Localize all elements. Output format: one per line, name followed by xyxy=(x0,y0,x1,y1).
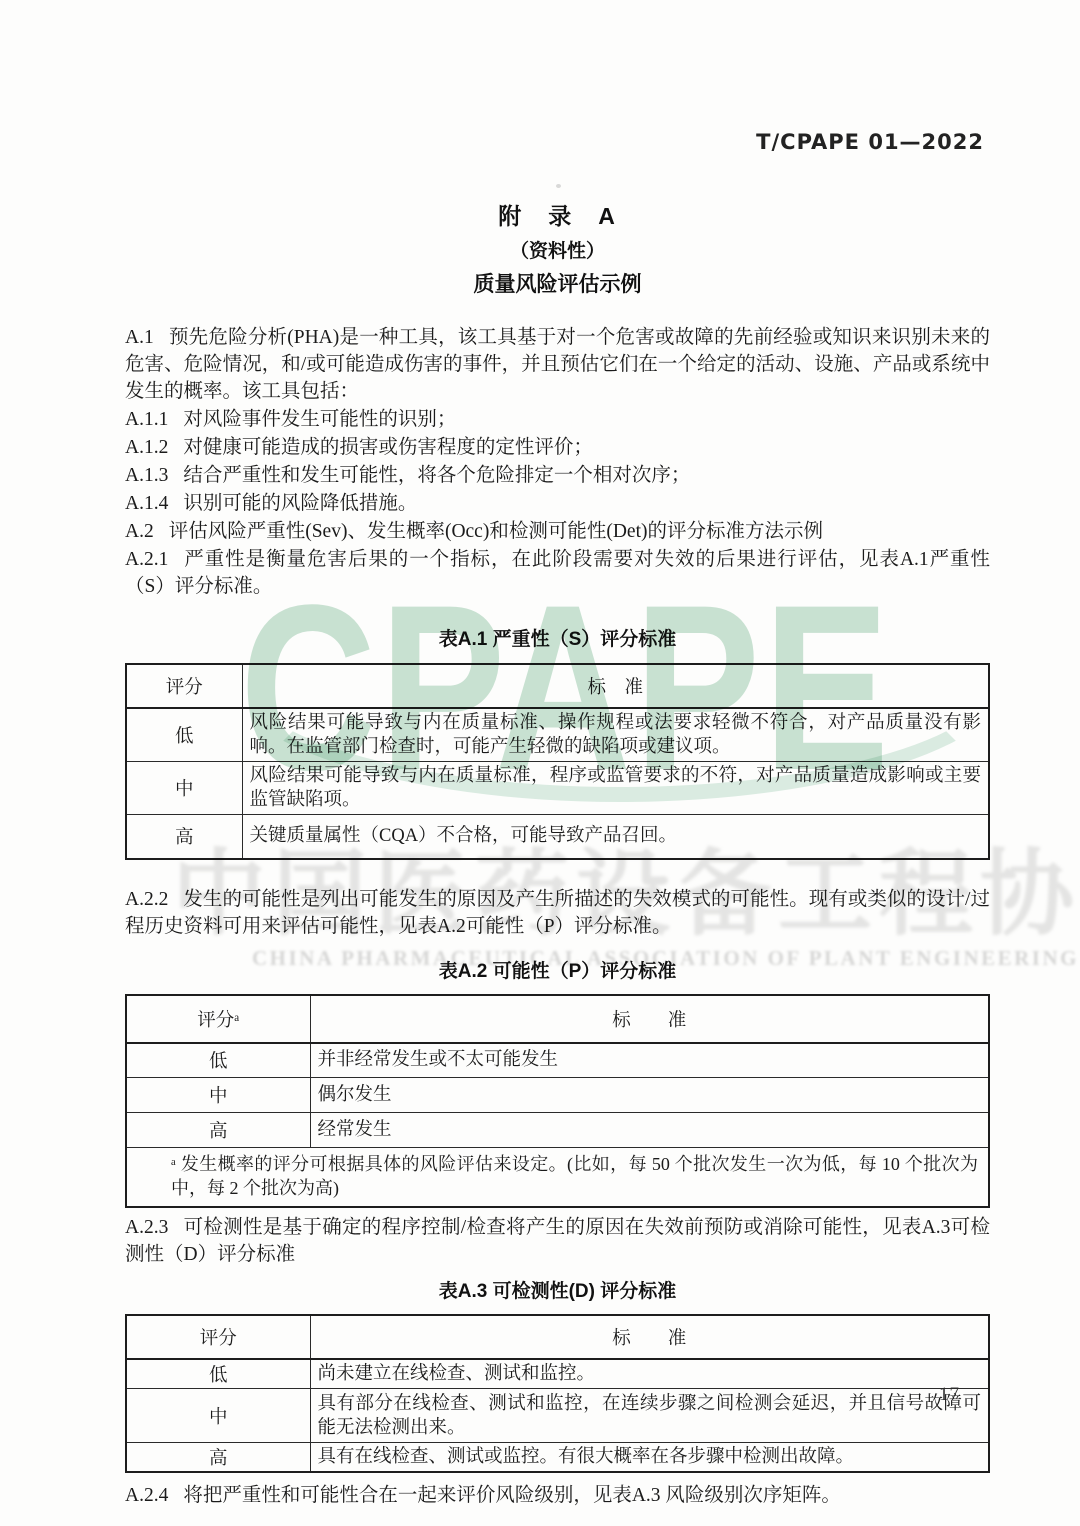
table-a1-header-criteria: 标 准 xyxy=(242,664,989,708)
table-a1-caption: 表A.1 严重性（S）评分标准 xyxy=(125,624,990,651)
table-a3-score-mid: 中 xyxy=(126,1389,310,1443)
clause-label-a13: A.1.3 xyxy=(125,465,168,486)
table-a3-criteria-high: 具有在线检查、测试或监控。有很大概率在各步骤中检测出故障。 xyxy=(310,1443,989,1473)
table-a1-header-score: 评分 xyxy=(126,664,242,708)
paragraph-a12: A.1.2对健康可能造成的损害或伤害程度的定性评价； xyxy=(125,434,990,461)
table-a3-score-high: 高 xyxy=(126,1443,310,1473)
table-a3-criteria-low: 尚未建立在线检查、测试和监控。 xyxy=(310,1359,989,1389)
clause-label-a11: A.1.1 xyxy=(125,409,168,430)
appendix-title-block: 附 录 A （资料性） 质量风险评估示例 xyxy=(125,198,990,298)
paragraph-a1: A.1预先危险分析(PHA)是一种工具，该工具基于对一个危害或故障的先前经验或知… xyxy=(125,324,990,405)
table-a2-footnote-row: ᵃ 发生概率的评分可根据具体的风险评估来设定。(比如，每 50 个批次发生一次为… xyxy=(126,1148,989,1208)
table-a1-score-low: 低 xyxy=(126,708,242,762)
table-a1: 评分 标 准 低 风险结果可能导致与内在质量标准、操作规程或法要求轻微不符合，对… xyxy=(125,663,990,860)
table-a3: 评分 标 准 低 尚未建立在线检查、测试和监控。 中 具有部分在线检查、测试和监… xyxy=(125,1314,990,1473)
table-a2-header-score: 评分ᵃ xyxy=(126,995,310,1043)
table-row: 中 偶尔发生 xyxy=(126,1078,989,1113)
paragraph-a14: A.1.4识别可能的风险降低措施。 xyxy=(125,490,990,517)
table-a2-score-high: 高 xyxy=(126,1113,310,1148)
table-a3-caption: 表A.3 可检测性(D) 评分标准 xyxy=(125,1276,990,1303)
clause-label-a21: A.2.1 xyxy=(125,549,168,570)
table-a1-criteria-high: 关键质量属性（CQA）不合格，可能导致产品召回。 xyxy=(242,815,989,859)
table-a3-score-low: 低 xyxy=(126,1359,310,1389)
clause-label-a14: A.1.4 xyxy=(125,493,168,514)
table-a3-criteria-mid: 具有部分在线检查、测试和监控，在连续步骤之间检测会延迟，并且信号故障可能无法检测… xyxy=(310,1389,989,1443)
table-a2-header-row: 评分ᵃ 标 准 xyxy=(126,995,989,1043)
table-a3-header-row: 评分 标 准 xyxy=(126,1315,989,1359)
clause-text-a12: 对健康可能造成的损害或伤害程度的定性评价； xyxy=(183,437,593,458)
clause-text-a22: 发生的可能性是列出可能发生的原因及产生所描述的失效模式的可能性。现有或类似的设计… xyxy=(125,889,990,937)
table-a2-score-mid: 中 xyxy=(126,1078,310,1113)
clause-label-a12: A.1.2 xyxy=(125,437,168,458)
page-content: 附 录 A （资料性） 质量风险评估示例 A.1预先危险分析(PHA)是一种工具… xyxy=(125,0,990,1509)
clause-label-a24: A.2.4 xyxy=(125,1485,168,1506)
table-a2-criteria-high: 经常发生 xyxy=(310,1113,989,1148)
appendix-heading: 附 录 A xyxy=(125,198,990,231)
document-page: T/CPAPE 01—2022 附 录 A （资料性） 质量风险评估示例 A.1… xyxy=(0,0,1080,1526)
clause-label-a23: A.2.3 xyxy=(125,1217,168,1238)
table-a1-score-mid: 中 xyxy=(126,762,242,815)
clause-text-a11: 对风险事件发生可能性的识别； xyxy=(183,409,456,430)
appendix-subject: 质量风险评估示例 xyxy=(125,268,990,298)
table-a1-score-high: 高 xyxy=(126,815,242,859)
clause-text-a13: 结合严重性和发生可能性，将各个危险排定一个相对次序； xyxy=(183,465,690,486)
clause-text-a2: 评估风险严重性(Sev)、发生概率(Occ)和检测可能性(Det)的评分标准方法… xyxy=(169,521,823,542)
paragraph-a11: A.1.1对风险事件发生可能性的识别； xyxy=(125,406,990,433)
clause-label-a2: A.2 xyxy=(125,521,154,542)
table-a2-caption: 表A.2 可能性（P）评分标准 xyxy=(125,956,990,983)
clause-text-a24: 将把严重性和可能性合在一起来评价风险级别，见表A.3 风险级别次序矩阵。 xyxy=(183,1485,841,1506)
clause-text-a21: 严重性是衡量危害后果的一个指标，在此阶段需要对失效的后果进行评估，见表A.1严重… xyxy=(125,549,990,597)
paragraph-a24: A.2.4将把严重性和可能性合在一起来评价风险级别，见表A.3 风险级别次序矩阵… xyxy=(125,1482,990,1509)
table-a2-criteria-low: 并非经常发生或不太可能发生 xyxy=(310,1043,989,1078)
table-a2-header-criteria: 标 准 xyxy=(310,995,989,1043)
paragraph-a2: A.2评估风险严重性(Sev)、发生概率(Occ)和检测可能性(Det)的评分标… xyxy=(125,518,990,545)
table-a1-header-row: 评分 标 准 xyxy=(126,664,989,708)
appendix-type: （资料性） xyxy=(125,236,990,263)
table-a3-header-score: 评分 xyxy=(126,1315,310,1359)
clause-label-a1: A.1 xyxy=(125,327,154,348)
table-a1-criteria-low: 风险结果可能导致与内在质量标准、操作规程或法要求轻微不符合，对产品质量没有影响。… xyxy=(242,708,989,762)
paragraph-a22: A.2.2发生的可能性是列出可能发生的原因及产生所描述的失效模式的可能性。现有或… xyxy=(125,886,990,940)
table-a2-criteria-mid: 偶尔发生 xyxy=(310,1078,989,1113)
paragraph-a13: A.1.3结合严重性和发生可能性，将各个危险排定一个相对次序； xyxy=(125,462,990,489)
table-a1-criteria-mid: 风险结果可能导致与内在质量标准，程序或监管要求的不符，对产品质量造成影响或主要监… xyxy=(242,762,989,815)
clause-text-a14: 识别可能的风险降低措施。 xyxy=(183,493,417,514)
table-row: 中 具有部分在线检查、测试和监控，在连续步骤之间检测会延迟，并且信号故障可能无法… xyxy=(126,1389,989,1443)
table-row: 低 尚未建立在线检查、测试和监控。 xyxy=(126,1359,989,1389)
table-a2: 评分ᵃ 标 准 低 并非经常发生或不太可能发生 中 偶尔发生 高 经常发生 ᵃ … xyxy=(125,994,990,1209)
clause-label-a22: A.2.2 xyxy=(125,889,168,910)
table-row: 中 风险结果可能导致与内在质量标准，程序或监管要求的不符，对产品质量造成影响或主… xyxy=(126,762,989,815)
paragraph-a23: A.2.3可检测性是基于确定的程序控制/检查将产生的原因在失效前预防或消除可能性… xyxy=(125,1214,990,1268)
clause-text-a23: 可检测性是基于确定的程序控制/检查将产生的原因在失效前预防或消除可能性，见表A.… xyxy=(125,1217,990,1265)
paragraph-a21: A.2.1严重性是衡量危害后果的一个指标，在此阶段需要对失效的后果进行评估，见表… xyxy=(125,546,990,600)
table-a2-footnote: ᵃ 发生概率的评分可根据具体的风险评估来设定。(比如，每 50 个批次发生一次为… xyxy=(126,1148,989,1208)
clause-text-a1: 预先危险分析(PHA)是一种工具，该工具基于对一个危害或故障的先前经验或知识来识… xyxy=(125,327,990,402)
table-a3-header-criteria: 标 准 xyxy=(310,1315,989,1359)
table-row: 高 关键质量属性（CQA）不合格，可能导致产品召回。 xyxy=(126,815,989,859)
table-a2-score-low: 低 xyxy=(126,1043,310,1078)
table-row: 低 风险结果可能导致与内在质量标准、操作规程或法要求轻微不符合，对产品质量没有影… xyxy=(126,708,989,762)
table-row: 低 并非经常发生或不太可能发生 xyxy=(126,1043,989,1078)
table-row: 高 经常发生 xyxy=(126,1113,989,1148)
table-row: 高 具有在线检查、测试或监控。有很大概率在各步骤中检测出故障。 xyxy=(126,1443,989,1473)
